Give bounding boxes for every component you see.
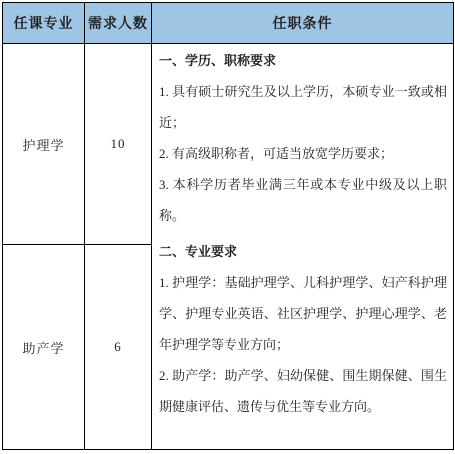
recruitment-table: 任课专业 需求人数 任职条件 护理学 10 一、学历、职称要求 1. 具有硕士研… [2, 2, 454, 450]
count-cell-nursing: 10 [85, 44, 152, 245]
section-heading-specialty: 二、专业要求 [159, 236, 447, 267]
header-required-headcount: 需求人数 [85, 3, 152, 44]
condition-education-item-2: 2. 有高级职称者，可适当放宽学历要求； [159, 138, 447, 169]
recruitment-requirements-page: 任课专业 需求人数 任职条件 护理学 10 一、学历、职称要求 1. 具有硕士研… [0, 0, 455, 454]
condition-education-item-3: 3. 本科学历者毕业满三年或本专业中级及以上职称。 [159, 169, 447, 231]
condition-education-item-1: 1. 具有硕士研究生及以上学历，本硕专业一致或相近； [159, 76, 447, 138]
count-cell-midwifery: 6 [85, 245, 152, 450]
major-cell-midwifery: 助产学 [3, 245, 85, 450]
table-row-nursing: 护理学 10 一、学历、职称要求 1. 具有硕士研究生及以上学历，本硕专业一致或… [3, 44, 454, 245]
major-cell-nursing: 护理学 [3, 44, 85, 245]
condition-specialty-item-1: 1. 护理学：基础护理学、儿科护理学、妇产科护理学、护理专业英语、社区护理学、护… [159, 267, 447, 360]
section-heading-education-title: 一、学历、职称要求 [159, 45, 447, 76]
condition-specialty-item-2: 2. 助产学：助产学、妇幼保健、围生期保健、围生期健康评估、遗传与优生等专业方向… [159, 360, 447, 422]
header-job-conditions: 任职条件 [152, 3, 454, 44]
job-conditions-cell: 一、学历、职称要求 1. 具有硕士研究生及以上学历，本硕专业一致或相近； 2. … [152, 44, 454, 450]
header-teaching-major: 任课专业 [3, 3, 85, 44]
table-header-row: 任课专业 需求人数 任职条件 [3, 3, 454, 44]
